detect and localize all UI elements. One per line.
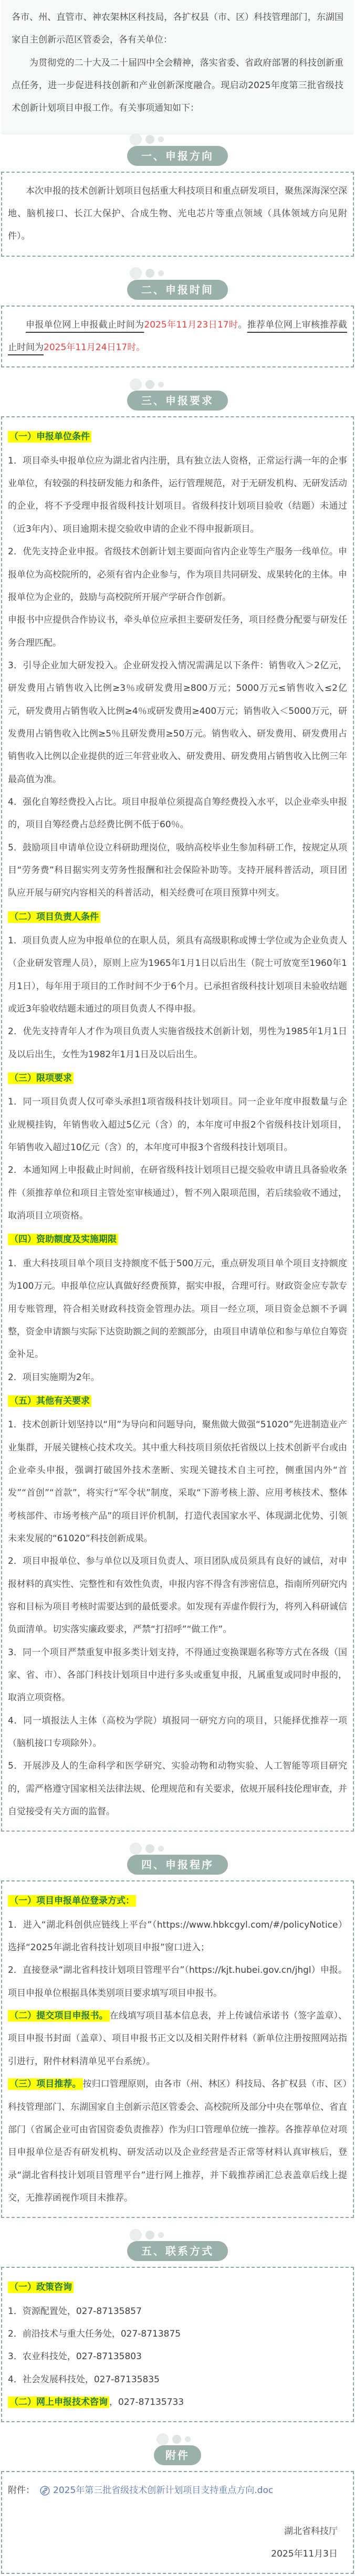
requirement-item: 3．同一个项目严禁重复申报多类计划支持，不得通过变换课题名称等方式在各级（国家、… (8, 1642, 347, 1710)
dot-icon (156, 2433, 169, 2445)
dot-icon (130, 378, 142, 391)
dot-icon (158, 270, 164, 276)
deadline-date-2: 2025年11月24日17时。 (44, 342, 145, 353)
dot-icon (130, 267, 142, 279)
dot-icon (130, 1843, 142, 1855)
subsection-title: （二）项目负责人条件 (8, 906, 347, 929)
section-3-box: （一）申报单位条件 1．项目牵头申报单位应为湖北省内注册，具有独立法人资格，正常… (1, 416, 354, 1832)
deadline-lead-1: 申报单位网上申报截止时间为 (26, 320, 144, 330)
dot-icon (145, 2231, 154, 2239)
subsection-title: （一）政策咨询 (8, 2276, 347, 2299)
intro-salutation: 各市、州、直管市、神农架林区科技局，各扩权县（市、区）科技管理部门，东湖国家自主… (12, 6, 343, 52)
requirement-item: 1．项目负责人应为申报单位的在职人员，须具有高级职称或博士学位或为企业负责人（企… (8, 930, 347, 1021)
sign-date: 2025年11月3日 (8, 2543, 338, 2566)
section-5-badge: 五、联系方式 (127, 2241, 228, 2261)
subsection-title: （一）申报单位条件 (8, 426, 347, 448)
dot-icon (130, 133, 142, 145)
requirement-item: 1．项目牵头申报单位应为湖北省内注册，具有独立法人资格，正常运行满一年的企事业单… (8, 450, 347, 541)
section-5-box: （一）政策咨询 1．资源配置处，027-87135857 2．前沿技术与重大任务… (1, 2267, 354, 2422)
attachment-link[interactable]: 2025年第三批省级技术创新计划项目支持重点方向.doc (53, 2479, 273, 2502)
section-3-header: 三、申报要求 (0, 391, 355, 411)
contact-item: （二）网上申报技术咨询，027-87135733 (8, 2391, 347, 2414)
deadline-sep: 。 (238, 320, 247, 330)
attachment-row: 附件： 2025年第三批省级技术创新计划项目支持重点方向.doc (8, 2479, 347, 2502)
section-5-header: 五、联系方式 (0, 2241, 355, 2261)
procedure-item: （二）提交项目申报书。在线填写项目基本信息表，并上传诚信承诺书（签字盖章）、项目… (8, 2005, 347, 2073)
contact-item: 3．农业科技处，027-87135803 (8, 2346, 347, 2368)
requirement-item: 2．优先支持青年人才作为项目负责人实施省级技术创新计划，男性为1985年1月1日… (8, 1021, 347, 1066)
dot-icon (145, 1844, 154, 1853)
requirement-item: 2．优先支持企业申报。省级技术创新计划主要面向省内企业等生产服务一线单位。申报单… (8, 541, 347, 609)
decoration-dots (130, 2228, 164, 2241)
dot-icon (172, 2435, 181, 2444)
dot-icon (158, 1846, 164, 1852)
subsection-title: （五）其他有关要求 (8, 1390, 347, 1413)
section-1-header: 一、申报方向 (0, 146, 355, 166)
requirement-item: 5．鼓励项目申请单位设立科研助理岗位，吸纳高校毕业生参加科研工作，按规定从项目“… (8, 837, 347, 905)
section-4-box: （一）项目申报单位登录方式： 1．进入“湖北科创供应链线上平台”（https:/… (1, 1880, 354, 2218)
requirement-item: 申报书中应提供合作协议书，牵头单位应承担主要研发任务，项目经费分配要与研发任务合… (8, 609, 347, 655)
requirement-item: 3．引导企业加大研发投入。企业研发投入情况需满足以下条件：销售收入＞2亿元，研发… (8, 655, 347, 791)
attachment-badge: 附件 (154, 2445, 201, 2465)
notice-page: 各市、州、直管市、神农架林区科技局，各扩权县（市、区）科技管理部门，东湖国家自主… (0, 0, 355, 2576)
deadline-date-1: 2025年11月23日17时 (144, 320, 238, 330)
subsection-title: （一）项目申报单位登录方式： (8, 1890, 347, 1912)
dot-icon (145, 269, 154, 278)
decoration-dots (130, 1842, 164, 1855)
attachment-box: 附件： 2025年第三批省级技术创新计划项目支持重点方向.doc 湖北省科技厅 … (1, 2471, 354, 2574)
signer-name: 湖北省科技厅 (8, 2520, 338, 2543)
section-1-badge: 一、申报方向 (127, 146, 228, 166)
section-2-box: 申报单位网上申报截止时间为2025年11月23日17时。推荐单位网上审核推荐截止… (1, 306, 354, 368)
subsection-title-inline: （二）网上申报技术咨询 (8, 2396, 109, 2408)
section-4-header: 四、申报程序 (0, 1855, 355, 1875)
decoration-dots (130, 267, 164, 280)
section-2-header: 二、申报时间 (0, 280, 355, 300)
intro-card: 各市、州、直管市、神农架林区科技局，各扩权县（市、区）科技管理部门，东湖国家自主… (1, 0, 354, 134)
subsection-title-inline: （二）提交项目申报书。 (8, 2010, 110, 2022)
requirement-item: 4．同一填报法人主体（高校为学院）填报同一研究方向的项目，只能择优推荐一项（脑机… (8, 1710, 347, 1755)
subsection-title: （三）限项要求 (8, 1067, 347, 1090)
dot-icon (158, 2232, 164, 2238)
attachment-label: 附件： (8, 2479, 35, 2502)
contact-item: 1．资源配置处，027-87135857 (8, 2300, 347, 2323)
section-1-body: 本次申报的技术创新计划项目包括重大科技项目和重点研发项目，聚焦深海深空深地、脑机… (8, 180, 347, 248)
contact-item: 4．社会发展科技处，027-87135835 (8, 2369, 347, 2391)
requirement-item: 4．强化自筹经费投入占比。项目申报单位须提高自筹经费投入水平，以企业牵头申报的，… (8, 791, 347, 837)
dot-icon (145, 380, 154, 389)
dot-icon (158, 136, 164, 142)
requirement-item: 2．本通知网上申报截止时间前，在研省级科技计划项目已提交验收申请且具备验收条件（… (8, 1159, 347, 1227)
link-icon (40, 2486, 50, 2496)
section-2-badge: 二、申报时间 (127, 280, 228, 300)
dot-icon (145, 135, 154, 144)
section-4-badge: 四、申报程序 (127, 1855, 228, 1875)
section-1-box: 本次申报的技术创新计划项目包括重大科技项目和重点研发项目，聚焦深海深空深地、脑机… (1, 172, 354, 257)
subsection-title: （四）资助额度及实施期限 (8, 1228, 347, 1251)
decoration-dots (156, 2433, 191, 2445)
intro-preamble: 为贯彻党的二十大及二十届四中全会精神，落实省委、省政府部署的科技创新重点任务，进… (12, 52, 343, 120)
requirement-item: 1．重大科技项目单个项目支持额度不低于500万元，重点研发项目单个项目支持额度为… (8, 1253, 347, 1366)
subsection-title-inline: （三）项目推荐。 (8, 2078, 83, 2090)
signature-block: 湖北省科技厅 2025年11月3日 (8, 2520, 347, 2566)
procedure-item: 1．进入“湖北科创供应链线上平台”（https://www.hbkcgyl.co… (8, 1914, 347, 1960)
procedure-item: （三）项目推荐。按归口管理原则，由各市（州、林区）科技局、各扩权县（市、区）科技… (8, 2073, 347, 2210)
requirement-item: 2．项目实施期为2年。 (8, 1366, 347, 1389)
requirement-item: 2．项目申报单位、参与单位以及项目负责人、项目团队成员须具有良好的诚信，对申报材… (8, 1550, 347, 1641)
procedure-item: 2．直接登录“湖北省科技计划项目管理平台”（https://kjt.hubei.… (8, 1959, 347, 2005)
decoration-dots (130, 378, 164, 391)
dot-icon (158, 382, 164, 387)
section-3-badge: 三、申报要求 (127, 391, 228, 411)
decoration-dots (130, 133, 164, 146)
requirement-item: 1．同一项目负责人仅可牵头承担1项省级科技计划项目。同一企业年度申报数量与企业规… (8, 1091, 347, 1159)
requirement-item: 5．开展涉及人的生命科学和医学研究、实验动物和动物实验、人工智能等项目研究的，需… (8, 1755, 347, 1823)
attachment-header: 附件 (0, 2445, 355, 2465)
requirement-item: 1．技术创新计划坚持以“用”为导向和问题导向，聚焦做大做强“51020”先进制造… (8, 1414, 347, 1550)
dot-icon (185, 2436, 191, 2442)
dot-icon (130, 2229, 142, 2241)
deadline-paragraph: 申报单位网上申报截止时间为2025年11月23日17时。推荐单位网上审核推荐截止… (8, 314, 347, 360)
contact-item: 2．前沿技术与重大任务处，027-8713875 (8, 2323, 347, 2346)
